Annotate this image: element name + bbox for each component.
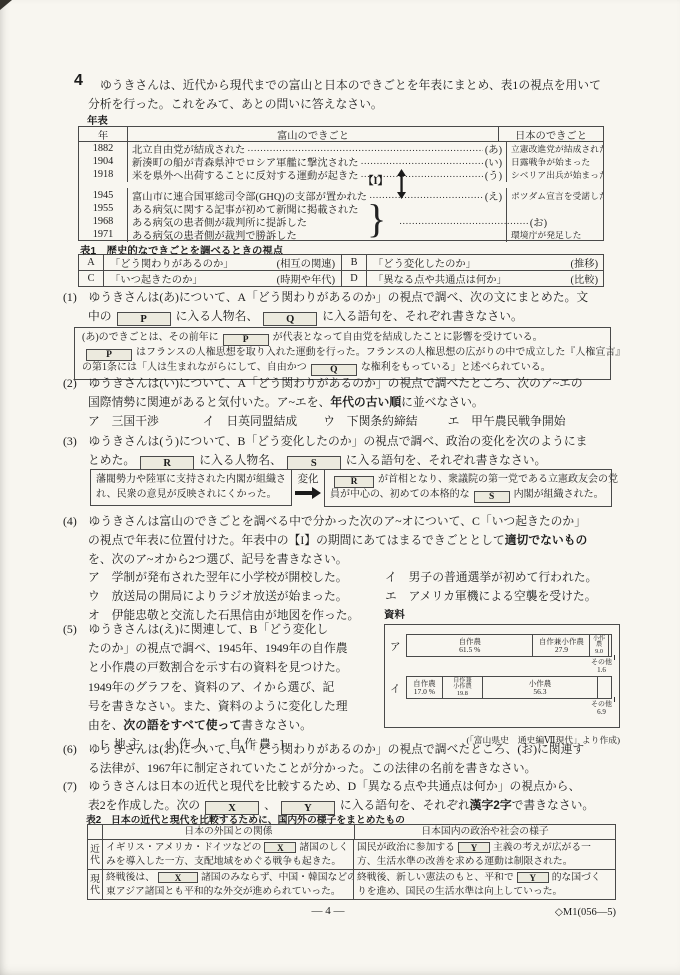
event-marker: (う) [485,167,502,182]
outside-label-line: 1.6 [591,667,612,675]
timeline-row: 1918米を県外へ出荷することに反対する運動が起きた……………………………………… [79,168,603,181]
text-line: 員が中心の、初めての本格的なS内閣が組織された。 [330,488,606,503]
problem-intro-line2: 分析を行った。これをみて、あとの問いに答えなさい。 [88,95,383,112]
question-1-quote-box: (あ)のできごとは、その前年にPが代表となって自由党を結成したことに影響を受けて… [74,327,611,380]
timeline-japan-event: 立憲改進党が結成された [507,142,603,155]
answer-blank-P: P [223,334,269,346]
text-line: 由を、次の語をすべて使って書きなさい。 [63,716,385,735]
timeline-year: 1882 [79,143,127,154]
text-line: れ、民衆の意見が反映されにくかった。 [96,488,286,503]
viewpoint-term: (相互の関連) [277,255,335,270]
double-arrow-icon [396,169,407,199]
text-line: りを進め、国民の生活水準は向上していった。 [357,885,612,899]
q2-option: ウ 下関条約締結 [323,414,417,428]
question-3-before-box: 藩閥勢力や陸軍に支持された内閣が組織され、民衆の意見が反映されにくかった。 [90,469,292,506]
thick-right-arrow-icon [295,486,321,500]
question-2: (2) ゆうきさんは(い)について、A「どう関わりがあるのか」の視点で調べたとこ… [63,374,619,412]
shiryo-label: 資料 [384,606,620,621]
comparison-cell-foreign: 終戦後は、X諸国のみならず、中国・韓国などの東アジア諸国とも平和的な外交が進めら… [103,870,354,899]
era-label: 現代 [88,870,103,899]
shiryo-chart-box: アその他1.6自作農61.5 %自作兼小作農27.9小作農9.0イその他6.9自… [384,624,620,728]
bar-segment: 自作農61.5 % [407,635,532,656]
answer-blank-Y: Y [458,842,490,853]
question-6: (6) ゆうきさんは(お)について、A「どう関わりがあるのか」の視点で調べたとこ… [63,740,619,778]
timeline-toyama-event: 米を県外へ出荷することに反対する運動が起きた………………………………………………… [127,167,507,182]
text-line: 藩閥勢力や陸軍に支持された内閣が組織さ [96,473,286,488]
q4-option-row: ア 学制が発布された翌年に小学校が開校した。イ 男子の普通選挙が初めて行われた。 [63,568,619,587]
timeline-header-row: 年富山のできごと日本のできごと [79,127,603,142]
comparison-row: 現代終戦後は、X諸国のみならず、中国・韓国などの東アジア諸国とも平和的な外交が進… [88,869,615,899]
q4-option-row: ウ 放送局の開局によりラジオ放送が始まった。エ アメリカ軍機による空襲を受けた。 [63,587,619,606]
text-line: (2) ゆうきさんは(い)について、A「どう関わりがあるのか」の視点で調べたとこ… [63,374,619,393]
segment-label: 27.9 [555,646,568,654]
text-line: とめた。Rに入る人物名、Sに入る語句を、それぞれ書きなさい。 [63,451,619,470]
comparison-cell-domestic: 終戦後、新しい憲法のもと、平和でY的な国づくりを進め、国民の生活水準は向上してい… [354,870,615,899]
question-7: (7) ゆうきさんは日本の近代と現代を比較するため、D「異なる点や共通点は何か」… [63,777,619,815]
timeline-col-year: 年 [79,127,127,142]
viewpoint-value: 「どう関わりがあるのか」(相互の関連) [104,255,341,270]
shiryo-chart: 資料 アその他1.6自作農61.5 %自作兼小作農27.9小作農9.0イその他6… [384,606,620,746]
question-4: (4) ゆうきさんは富山のできごとを調べる中で分かった次のア~オについて、C「い… [63,512,619,570]
doc-code: ◇M1(056—5) [555,906,616,918]
timeline-year: 1918 [79,169,127,180]
question-2-options: ア 三国干渉イ 日英同盟結成ウ 下関条約締結エ 甲午農民戦争開始 [88,412,566,429]
timeline-japan-event: 環境庁が発足した [507,228,603,241]
q4-option: ウ 放送局の開局によりラジオ放送が始まった。 [88,589,348,603]
timeline-year: 1945 [79,190,127,201]
exam-page: 4 ゆうきさんは、近代から現代までの富山と日本のできごとを年表にまとめ、表1の視… [0,0,680,975]
q2-option: エ 甲午農民戦争開始 [448,414,566,428]
q2-option: ア 三国干渉 [88,414,159,428]
viewpoints-table: A「どう関わりがあるのか」(相互の関連)B「どう変化したのか」(推移)C「いつ起… [78,254,604,287]
leader-dots: ……………………………………………………………………………………………… [361,157,483,167]
answer-blank-S: S [474,491,510,503]
bar-segment [608,635,611,656]
emphasis-text: 年代の古い順 [330,395,401,409]
q2-option: イ 日英同盟結成 [203,414,297,428]
text-line: 東アジア諸国とも平和的な外交が進められていった。 [106,885,350,899]
q4-option: ア 学制が発布された翌年に小学校が開校した。 [88,570,348,584]
answer-blank-P: P [86,349,132,361]
viewpoint-value: 「いつ起きたのか」(時期や年代) [104,271,341,286]
timeline-toyama-event: ある病気の患者側が裁判で勝訴した [127,227,507,242]
viewpoint-value: 「異なる点や共通点は何か」(比較) [367,271,604,286]
comparison-cell-foreign: イギリス・アメリカ・ドイツなどのX諸国のしくみを導入した一方、支配地域をめぐる戦… [103,840,354,869]
answer-blank-X: X [158,872,198,883]
text-line: みを導入した一方、支配地域をめぐる戦争も起きた。 [106,855,350,869]
emphasis-text: 次の語をすべて使って [123,718,241,732]
viewpoint-label: 「どう変化したのか」 [373,255,476,270]
segment-label: 19.8 [457,691,468,698]
segment-label: 56.3 [533,688,546,696]
text-line: たのか」の視点で調べ、1945年、1949年の自作農 [63,639,385,658]
chart-bar-row: イその他6.9自作農17.0 %自作兼小作農19.8小作農56.3 [390,676,612,716]
chart-bar-name: イ [390,681,401,696]
viewpoints-row: C「いつ起きたのか」(時期や年代)D「異なる点や共通点は何か」(比較) [79,270,603,286]
q4-option: エ アメリカ軍機による空襲を受けた。 [385,587,597,606]
timeline-year: 1968 [79,216,127,227]
leader-dots: ……………………………………………………………………………………………… [247,144,483,154]
outside-label-line: 6.9 [591,709,612,717]
text-line: (1) ゆうきさんは(あ)について、A「どう関わりがあるのか」の視点で調べ、次の… [63,288,619,307]
scan-corner-artifact [0,0,12,10]
viewpoint-key: B [341,255,367,270]
toyama-event-text: 米を県外へ出荷することに反対する運動が起きた [132,167,359,182]
emphasis-text: 適切でないもの [505,533,588,547]
toyama-event-text: ある病気の患者側が裁判で勝訴した [132,227,297,242]
text-line: (5) ゆうきさんは(え)に関連して、B「どう変化し [63,620,385,639]
viewpoint-key: D [341,271,367,286]
bar-segment: 自作兼小作農19.8 [442,677,482,698]
text-line: 国際情勢に関連があると気付いた。ア~エを、年代の古い順に並べなさい。 [63,393,619,412]
timeline-col-japan: 日本のできごと [499,127,603,142]
group-marker-row: ……………………………………………………………………………………………… (お) [397,214,547,229]
segment-label: 17.0 % [414,688,435,696]
timeline-col-toyama: 富山のできごと [127,127,499,142]
text-line: 中のPに入る人物名、Qに入る語句を、それぞれ書きなさい。 [63,307,619,326]
question-3: (3) ゆうきさんは(う)について、B「どう変化したのか」の視点で調べ、政治の変… [63,432,619,470]
timeline-year: 1955 [79,203,127,214]
group-marker: (お) [530,214,547,229]
stacked-bar: 自作農17.0 %自作兼小作農19.8小作農56.3 [406,676,612,699]
leader-dots: ……………………………………………………………………………………………… [399,217,528,227]
text-line: 号を書きなさい。また、資料のように変化した理 [63,697,385,716]
text-line: Pはフランスの人権思想を取り入れた運動を行った。フランスの人権思想の広がりの中で… [82,346,603,361]
q4-option: イ 男子の普通選挙が初めて行われた。 [385,568,597,587]
viewpoint-key: A [79,255,104,270]
answer-blank-Y: Y [517,872,549,883]
page-number: — 4 — [258,905,398,917]
text-line: の視点で年表に位置付けた。年表中の【I】の期間にあてはまるできごととして適切でな… [63,531,619,550]
comparison-header-row: 日本の外国との関係日本国内の政治や社会の様子 [88,825,615,840]
chart-bar-name: ア [390,639,401,654]
chart-bar-row: アその他1.6自作農61.5 %自作兼小作農27.9小作農9.0 [390,634,612,674]
viewpoint-label: 「いつ起きたのか」 [110,271,203,286]
text-line: と小作農の戸数割合を示す右の資料を見つけた。 [63,658,385,677]
group-brace: } [367,199,386,241]
viewpoint-term: (比較) [571,271,598,286]
text-line: (あ)のできごとは、その前年にPが代表となって自由党を結成したことに影響を受けて… [82,331,603,346]
bar-segment [597,677,611,698]
viewpoints-row: A「どう関わりがあるのか」(相互の関連)B「どう変化したのか」(推移) [79,255,603,270]
text-line: 国民が政治に参加するY主義の考えが広がる一 [357,841,612,855]
viewpoint-label: 「どう関わりがあるのか」 [110,255,234,270]
viewpoint-term: (時期や年代) [277,271,335,286]
comparison-header-foreign: 日本の外国との関係 [103,825,355,839]
outside-label: その他6.9 [591,701,612,716]
viewpoint-value: 「どう変化したのか」(推移) [367,255,604,270]
question-5: (5) ゆうきさんは(え)に関連して、B「どう変化したのか」の視点で調べ、194… [63,620,385,754]
question-3-after-box: Rが首相となり、衆議院の第一党である立憲政友会の党員が中心の、初めての本格的なS… [324,469,612,507]
emphasis-text: 漢字2字 [470,798,512,812]
viewpoint-label: 「異なる点や共通点は何か」 [373,271,507,286]
text-line: (6) ゆうきさんは(お)について、A「どう関わりがあるのか」の視点で調べたとこ… [63,740,619,759]
change-arrow: 変化 [293,473,323,504]
comparison-corner-cell [88,825,103,839]
timeline-row: 1971ある病気の患者側が裁判で勝訴した環境庁が発足した [79,228,603,241]
timeline-table: 年富山のできごと日本のできごと1882北立自由党が結成された…………………………… [78,126,604,241]
text-line: イギリス・アメリカ・ドイツなどのX諸国のしく [106,841,350,855]
change-label: 変化 [293,473,323,486]
text-line: Rが首相となり、衆議院の第一党である立憲政友会の党 [330,473,606,488]
text-line: (3) ゆうきさんは(う)について、B「どう変化したのか」の視点で調べ、政治の変… [63,432,619,451]
text-line: (4) ゆうきさんは富山のできごとを調べる中で分かった次のア~オについて、C「い… [63,512,619,531]
bar-segment: 小作農56.3 [482,677,597,698]
text-line: 方、生活水準の改善を求める運動は制限された。 [357,855,612,869]
bar-segment: 自作農17.0 % [407,677,442,698]
timeline-japan-event: 日露戦争が始まった [507,155,603,168]
timeline-year: 1971 [79,229,127,240]
stacked-bar: 自作農61.5 %自作兼小作農27.9小作農9.0 [406,634,612,657]
problem-intro-line1: ゆうきさんは、近代から現代までの富山と日本のできごとを年表にまとめ、表1の視点を… [100,76,601,93]
text-line: る法律が、1967年に制定されていたことが分かった。この法律の名前を書きなさい。 [63,759,619,778]
question-1: (1) ゆうきさんは(あ)について、A「どう関わりがあるのか」の視点で調べ、次の… [63,288,619,326]
answer-blank-Q: Q [263,312,317,326]
viewpoint-term: (推移) [571,255,598,270]
bar-segment: 小作農9.0 [589,635,607,656]
text-line: 1949年のグラフを、資料のア、イから選び、記 [63,678,385,697]
comparison-cell-domestic: 国民が政治に参加するY主義の考えが広がる一方、生活水準の改善を求める運動は制限さ… [354,840,615,869]
outside-label: その他1.6 [591,659,612,674]
timeline-label: 年表 [87,112,108,127]
answer-blank-R: R [334,476,374,488]
segment-label: 61.5 % [459,646,480,654]
comparison-header-domestic: 日本国内の政治や社会の様子 [355,825,615,839]
text-line: 終戦後は、X諸国のみならず、中国・韓国などの [106,871,350,885]
timeline-japan-event: シベリア出兵が始まった [507,168,603,181]
comparison-row: 近代イギリス・アメリカ・ドイツなどのX諸国のしくみを導入した一方、支配地域をめぐ… [88,840,615,869]
text-line: を、次のア~オから2つ選び、記号を書きなさい。 [63,550,619,569]
text-line: (7) ゆうきさんは日本の近代と現代を比較するため、D「異なる点や共通点は何か」… [63,777,619,796]
answer-blank-P: P [117,312,171,326]
bar-segment: 自作兼小作農27.9 [532,635,589,656]
text-line: 終戦後、新しい憲法のもと、平和でY的な国づく [357,871,612,885]
problem-number: 4 [74,72,83,90]
timeline-japan-event: ポツダム宣言を受諾した [507,189,603,202]
segment-label: 9.0 [595,649,603,656]
era-label: 近代 [88,840,103,869]
timeline-year: 1904 [79,156,127,167]
viewpoint-key: C [79,271,104,286]
comparison-table: 日本の外国との関係日本国内の政治や社会の様子近代イギリス・アメリカ・ドイツなどの… [87,824,616,900]
answer-blank-X: X [264,842,296,853]
